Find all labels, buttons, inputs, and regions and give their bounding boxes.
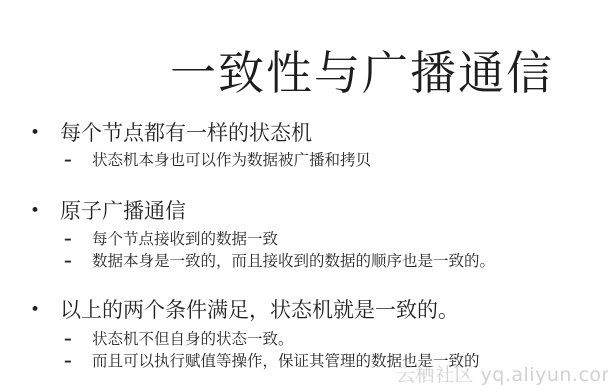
sub-bullet-item: – 而且可以执行赋值等操作，保证其管理的数据也是一致的 <box>64 352 480 371</box>
dash-icon: – <box>64 352 92 371</box>
dash-icon: – <box>64 230 92 249</box>
bullet-item: • 原子广播通信 <box>30 199 186 225</box>
bullet-text: 以上的两个条件满足，状态机就是一致的。 <box>60 298 459 323</box>
sub-bullet-item: – 状态机本身也可以作为数据被广播和拷贝 <box>64 151 371 170</box>
sub-bullet-text: 数据本身是一致的，而且接收到的数据的顺序也是一致的。 <box>92 252 495 271</box>
slide-title: 一致性与广播通信 <box>170 45 554 103</box>
sub-bullet-item: – 状态机不但自身的状态一致。 <box>64 330 294 349</box>
sub-bullet-item: – 数据本身是一致的，而且接收到的数据的顺序也是一致的。 <box>64 252 495 271</box>
sub-bullet-text: 每个节点接收到的数据一致 <box>92 230 278 249</box>
bullet-icon: • <box>30 298 60 324</box>
bullet-text: 每个节点都有一样的状态机 <box>60 121 312 146</box>
dash-icon: – <box>64 252 92 271</box>
bullet-item: • 每个节点都有一样的状态机 <box>30 121 312 147</box>
bullet-item: • 以上的两个条件满足，状态机就是一致的。 <box>30 298 459 324</box>
sub-bullet-text: 状态机本身也可以作为数据被广播和拷贝 <box>92 151 371 170</box>
bullet-icon: • <box>30 199 60 225</box>
sub-bullet-text: 而且可以执行赋值等操作，保证其管理的数据也是一致的 <box>92 352 480 371</box>
presentation-slide: 一致性与广播通信 • 每个节点都有一样的状态机 – 状态机本身也可以作为数据被广… <box>0 0 608 390</box>
sub-bullet-text: 状态机不但自身的状态一致。 <box>92 330 294 349</box>
dash-icon: – <box>64 151 92 170</box>
sub-bullet-item: – 每个节点接收到的数据一致 <box>64 230 278 249</box>
bullet-text: 原子广播通信 <box>60 199 186 224</box>
dash-icon: – <box>64 330 92 349</box>
bullet-icon: • <box>30 121 60 147</box>
